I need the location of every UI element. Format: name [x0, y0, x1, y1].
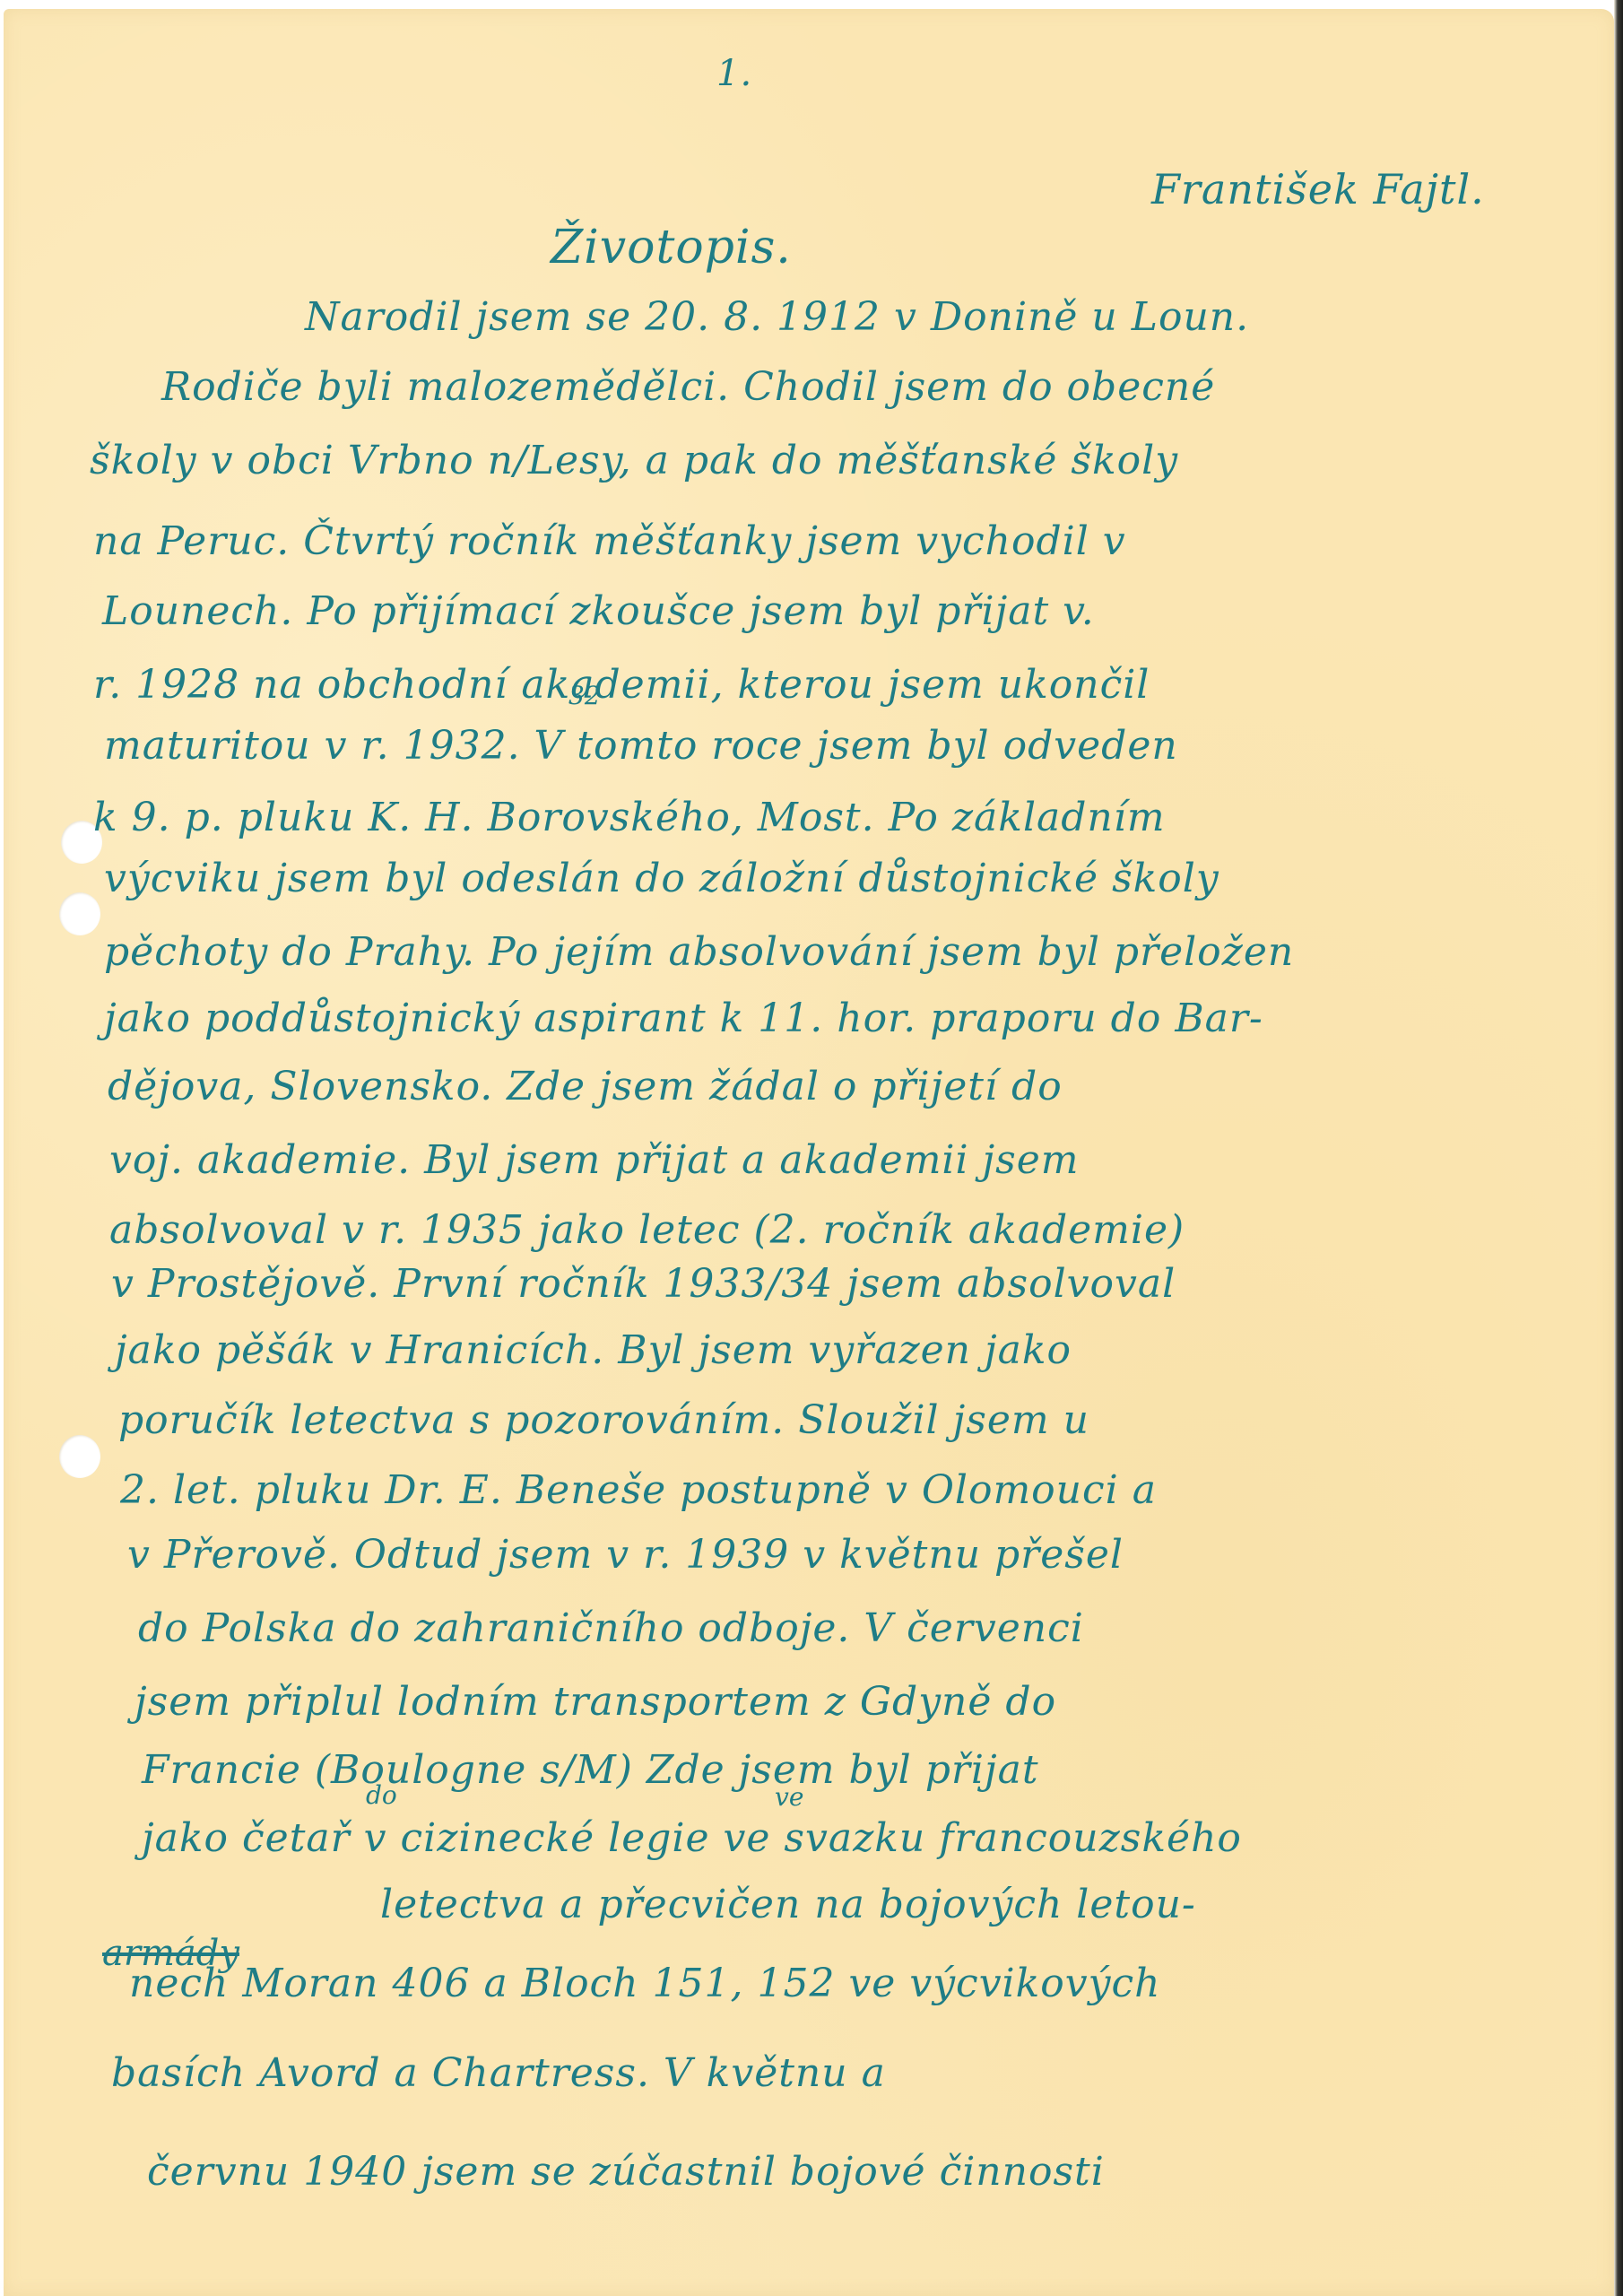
document-title: Životopis. — [551, 224, 792, 271]
text-line: pěchoty do Prahy. Po jejím absolvování j… — [104, 933, 1294, 972]
inserted-do: do — [366, 1783, 397, 1808]
text-line: Narodil jsem se 20. 8. 1912 v Donině u L… — [305, 298, 1249, 337]
text-line: výcviku jsem byl odeslán do záložní důst… — [104, 859, 1219, 899]
text-line: jako poddůstojnický aspirant k 11. hor. … — [104, 999, 1263, 1039]
text-line: jsem připlul lodním transportem z Gdyně … — [135, 1683, 1056, 1722]
text-line: školy v obci Vrbno n/Lesy, a pak do měšť… — [90, 441, 1178, 481]
year-correction: 32 — [568, 683, 601, 709]
text-line: v Prostějově. První ročník 1933/34 jsem … — [111, 1265, 1176, 1304]
handwritten-page: 1. František Fajtl. Životopis. Narodil j… — [4, 9, 1614, 2296]
text-line: červnu 1940 jsem se zúčastnil bojové čin… — [147, 2152, 1105, 2192]
text-line: jako pěšák v Hranicích. Byl jsem vyřazen… — [115, 1331, 1072, 1370]
text-line: Lounech. Po přijímací zkoušce jsem byl p… — [102, 592, 1095, 631]
text-line: r. 1928 na obchodní akademii, kterou jse… — [93, 665, 1150, 705]
text-line: 2. let. pluku Dr. E. Beneše postupně v O… — [120, 1471, 1157, 1510]
text-line: basích Avord a Chartress. V květnu a — [111, 2054, 886, 2093]
text-line: nech Moran 406 a Bloch 151, 152 ve výcvi… — [129, 1964, 1160, 2004]
text-line: maturitou v r. 1932. V tomto roce jsem b… — [104, 726, 1178, 766]
text-line: na Peruc. Čtvrtý ročník měšťanky jsem vy… — [93, 522, 1126, 561]
text-line: v Přerově. Odtud jsem v r. 1939 v květnu… — [127, 1535, 1124, 1575]
text-line: voj. akademie. Byl jsem přijat a akademi… — [109, 1141, 1080, 1180]
text-line: Francie (Boulogne s/M) Zde jsem byl přij… — [142, 1751, 1039, 1790]
text-line: absolvoval v r. 1935 jako letec (2. ročn… — [109, 1211, 1185, 1250]
punch-hole — [59, 892, 100, 935]
text-line: poručík letectva s pozorováním. Sloužil … — [118, 1401, 1089, 1440]
text-line: jako četař v cizinecké legie ve svazku f… — [142, 1819, 1242, 1858]
text-line: k 9. p. pluku K. H. Borovského, Most. Po… — [93, 798, 1166, 838]
scan-edge — [1614, 0, 1623, 2296]
punch-hole — [59, 1435, 100, 1478]
text-line: do Polska do zahraničního odboje. V červ… — [138, 1609, 1084, 1648]
author-name: František Fajtl. — [1151, 169, 1485, 210]
inserted-ve: ve — [775, 1785, 803, 1810]
text-line: dějova, Slovensko. Zde jsem žádal o přij… — [108, 1067, 1063, 1107]
text-line: letectva a přecvičen na bojových letou- — [380, 1885, 1196, 1925]
text-line: Rodiče byli malozemědělci. Chodil jsem d… — [161, 368, 1215, 407]
page-number: 1. — [716, 56, 752, 91]
